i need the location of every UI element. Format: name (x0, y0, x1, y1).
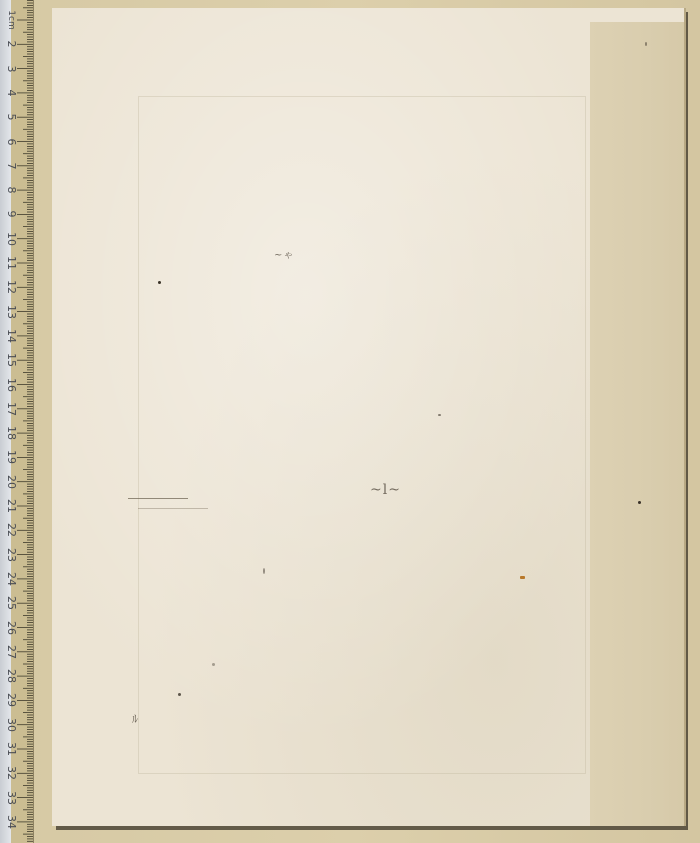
foxing-spot (645, 42, 647, 46)
bleed-line-lower (138, 508, 208, 509)
ink-bleed-center: ~l~ (370, 482, 401, 498)
ruler-label: 14 (5, 326, 17, 346)
ruler-label: 6 (5, 132, 17, 152)
ruler-label: 25 (5, 593, 17, 613)
ink-bleed-upper: ~ゃ (274, 246, 294, 261)
ruler-label: 33 (5, 788, 17, 808)
ruler-label: 9 (5, 204, 17, 224)
ruler-label: 16 (5, 375, 17, 395)
paper-right-strip (590, 22, 686, 826)
foxing-spot (158, 281, 161, 284)
ruler-label: 11 (5, 253, 17, 273)
ruler-label: 10 (5, 229, 17, 249)
plate-mark-border (138, 96, 586, 774)
foxing-spot (438, 414, 441, 416)
foxing-spot (212, 663, 215, 666)
measuring-ruler: 1cm2345678910111213141516171819202122232… (0, 0, 34, 843)
ruler-label: 18 (5, 423, 17, 443)
rust-spot (520, 576, 525, 579)
ruler-label: 22 (5, 520, 17, 540)
ruler-label: 20 (5, 472, 17, 492)
ruler-label: 29 (5, 690, 17, 710)
ruler-label: 7 (5, 156, 17, 176)
ruler-label: 8 (5, 180, 17, 200)
foxing-spot (178, 693, 181, 696)
ruler-label: 27 (5, 642, 17, 662)
paper-right-edge (684, 8, 686, 826)
ruler-label: 28 (5, 666, 17, 686)
bleed-line-upper (128, 498, 188, 499)
ruler-label: 3 (5, 59, 17, 79)
ruler-edge-line (33, 0, 34, 843)
ruler-label: 30 (5, 715, 17, 735)
ruler-label: 21 (5, 496, 17, 516)
ruler-label: 34 (5, 812, 17, 832)
ruler-label: 1cm (5, 10, 17, 30)
ruler-label: 15 (5, 350, 17, 370)
foxing-spot (638, 501, 641, 504)
ruler-label: 23 (5, 545, 17, 565)
ruler-label: 4 (5, 83, 17, 103)
ruler-label: 24 (5, 569, 17, 589)
ruler-label: 32 (5, 763, 17, 783)
foxing-spot (263, 568, 265, 574)
ruler-label: 19 (5, 447, 17, 467)
ruler-label: 13 (5, 302, 17, 322)
ruler-label: 5 (5, 107, 17, 127)
ink-bleed-lower-left: ﾙ (132, 710, 139, 727)
ruler-label: 17 (5, 399, 17, 419)
paper-sheet: ~ゃ ~l~ ﾙ (52, 8, 686, 826)
ruler-label: 2 (5, 34, 17, 54)
ruler-label: 31 (5, 739, 17, 759)
ruler-label: 12 (5, 277, 17, 297)
ruler-label: 26 (5, 618, 17, 638)
